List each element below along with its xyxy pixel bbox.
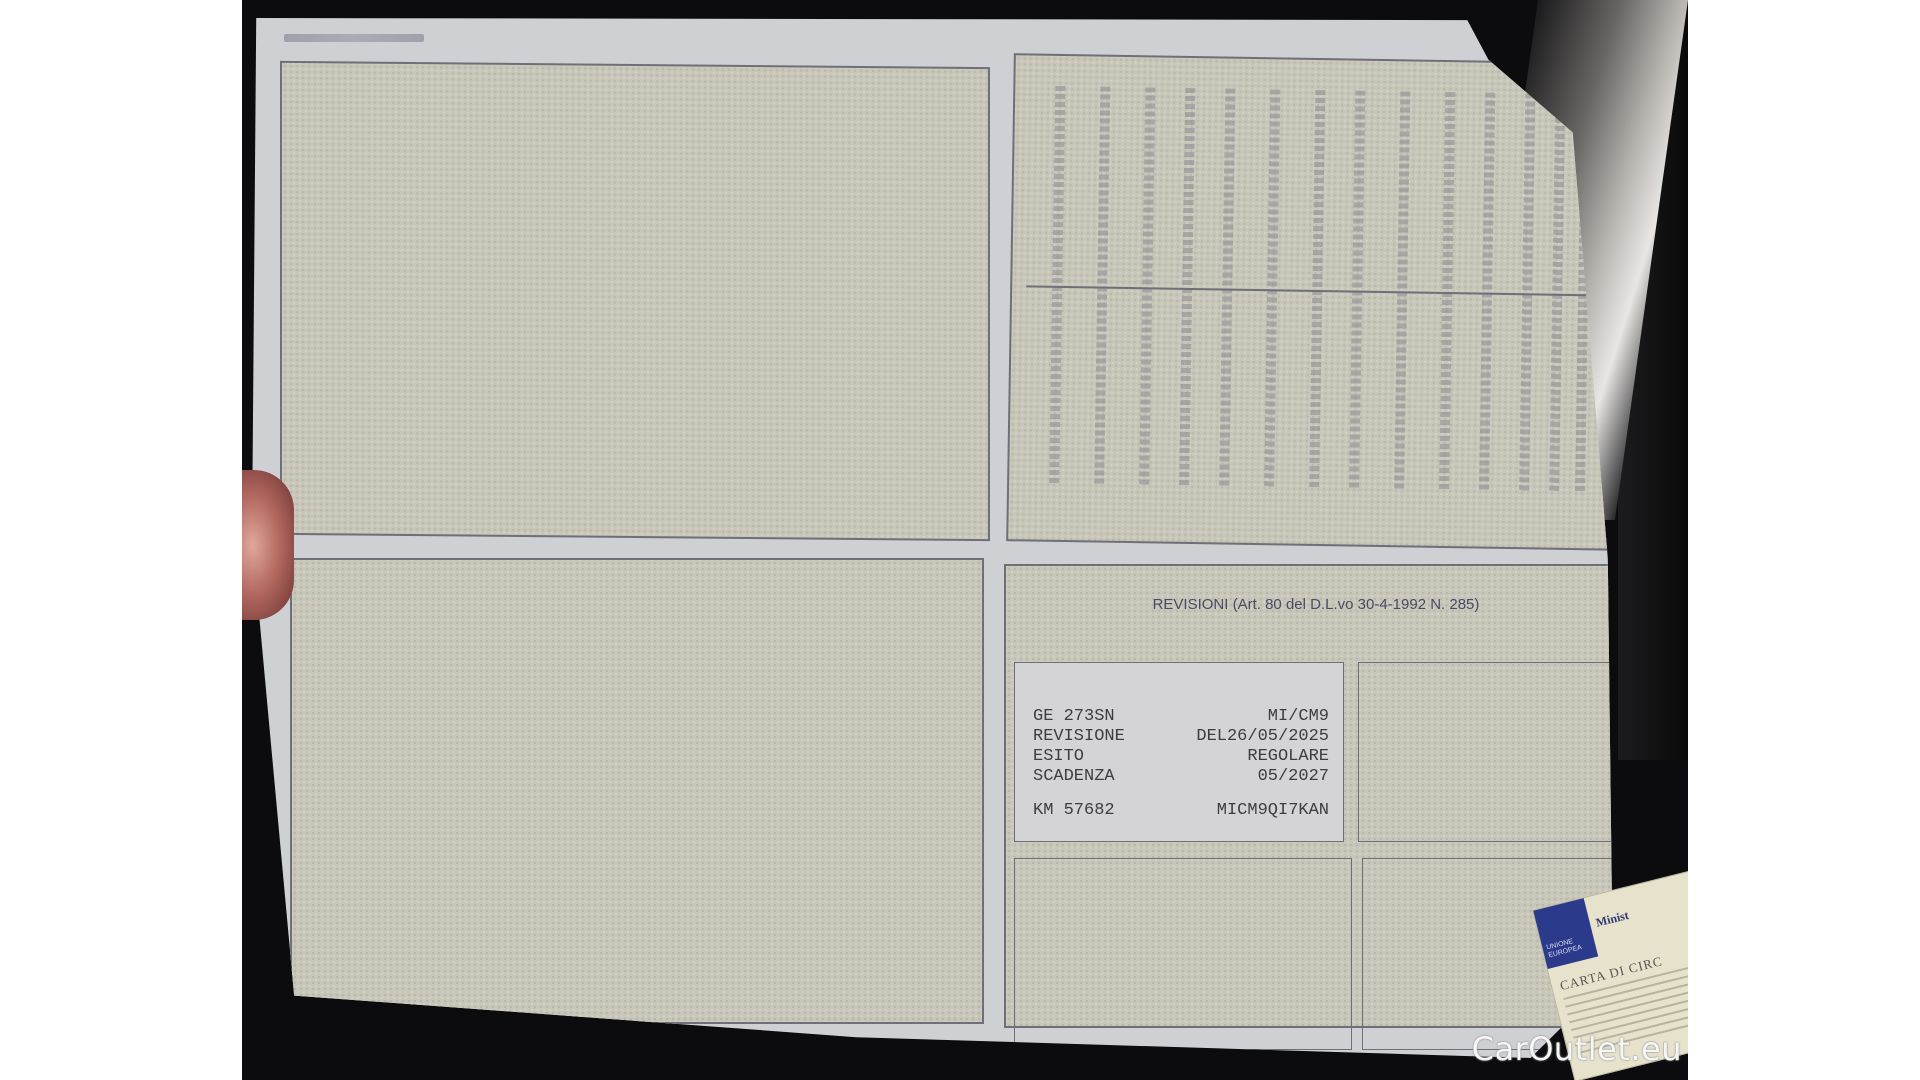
- thumb: [242, 470, 294, 620]
- expiry-value: 05/2027: [1258, 767, 1329, 787]
- mileage: KM 57682: [1033, 801, 1115, 821]
- ministry-label: Minist: [1594, 908, 1630, 931]
- printer-header-text: [284, 34, 424, 42]
- revision-stamp-cell: GE 273SNMI/CM9 REVISIONEDEL26/05/2025 ES…: [1014, 662, 1344, 842]
- photo: SIGNIFICATO DEI CODICI COMUNITARI ARMONI…: [242, 0, 1688, 1080]
- revision-stamp: GE 273SNMI/CM9 REVISIONEDEL26/05/2025 ES…: [1033, 707, 1329, 821]
- plate-number: GE 273SN: [1033, 707, 1115, 727]
- empty-revision-cell: [1014, 858, 1352, 1050]
- revisions-panel: REVISIONI (Art. 80 del D.L.vo 30-4-1992 …: [1004, 564, 1628, 1028]
- office-code: MI/CM9: [1268, 707, 1329, 727]
- revisions-title: REVISIONI (Art. 80 del D.L.vo 30-4-1992 …: [1006, 596, 1626, 613]
- revision-label: REVISIONE: [1033, 727, 1125, 747]
- codes-panel: SIGNIFICATO DEI CODICI COMUNITARI ARMONI…: [1006, 53, 1628, 551]
- blank-panel-bottom-left: [290, 558, 984, 1024]
- outcome-label: ESITO: [1033, 747, 1084, 767]
- revision-code: MICM9QI7KAN: [1217, 801, 1329, 821]
- expiry-label: SCADENZA: [1033, 767, 1115, 787]
- watermark: CarOutlet.eu: [1472, 1030, 1682, 1068]
- blank-panel-top-left: [280, 61, 990, 541]
- revision-date: DEL26/05/2025: [1196, 727, 1329, 747]
- registration-document: SIGNIFICATO DEI CODICI COMUNITARI ARMONI…: [252, 18, 1657, 1058]
- outcome-value: REGOLARE: [1247, 747, 1329, 767]
- eu-label: UNIONE EUROPEA: [1546, 933, 1596, 960]
